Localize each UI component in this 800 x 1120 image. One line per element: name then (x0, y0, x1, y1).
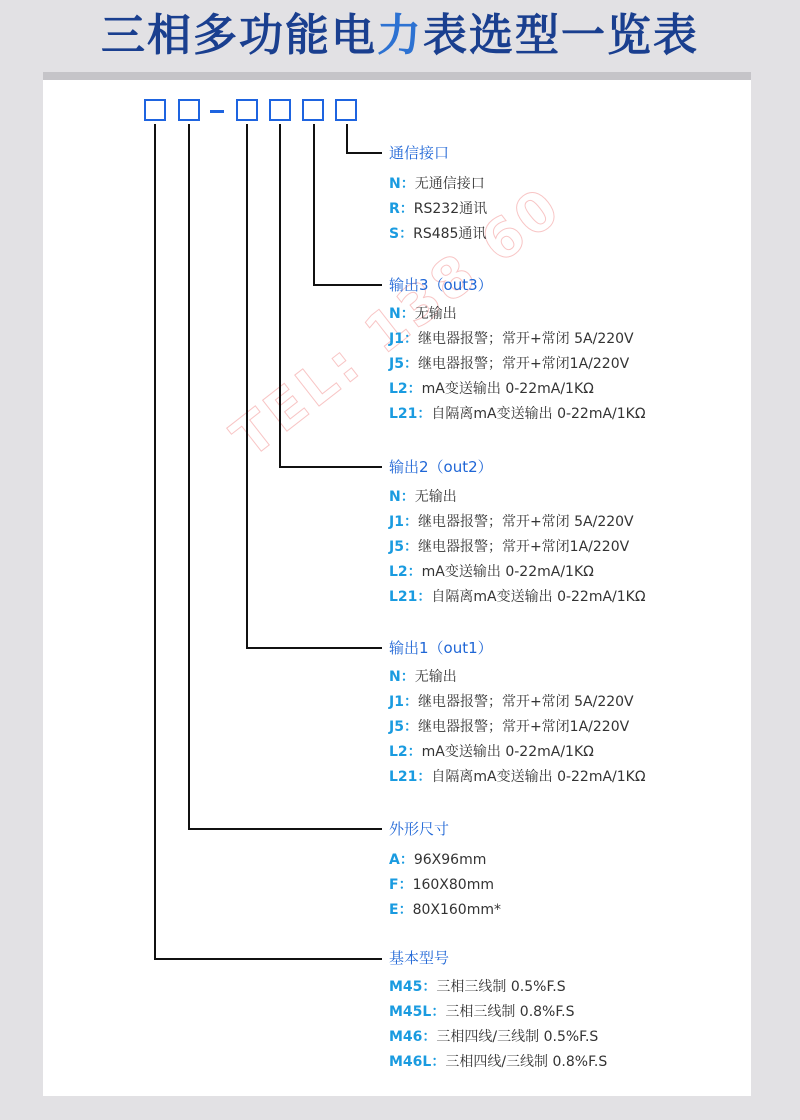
option-code: M45L： (389, 1004, 445, 1020)
connector-out1-vertical (246, 124, 248, 648)
option-row: N：无输出 (389, 487, 457, 507)
section-heading-out1: 输出1（out1） (389, 638, 493, 658)
option-row: M45：三相三线制 0.5%F.S (389, 977, 566, 997)
option-desc: 无输出 (415, 489, 457, 505)
option-code: L2： (389, 381, 422, 397)
option-desc: RS485通讯 (413, 226, 486, 242)
option-row: L21：自隔离mA变送输出 0-22mA/1KΩ (389, 404, 646, 424)
option-row: L2：mA变送输出 0-22mA/1KΩ (389, 379, 594, 399)
option-desc: 三相三线制 0.5%F.S (436, 979, 565, 995)
option-row: J1：继电器报警；常开+常闭 5A/220V (389, 692, 634, 712)
option-row: F：160X80mm (389, 875, 494, 895)
connector-out2-vertical (279, 124, 281, 467)
code-box-out2 (269, 99, 291, 121)
code-box-comm (335, 99, 357, 121)
option-code: J5： (389, 356, 418, 372)
option-row: M46：三相四线/三线制 0.5%F.S (389, 1027, 598, 1047)
option-desc: 继电器报警；常开+常闭1A/220V (418, 356, 629, 372)
option-code: E： (389, 902, 413, 918)
option-desc: RS232通讯 (414, 201, 487, 217)
option-code: J5： (389, 539, 418, 555)
option-row: N：无输出 (389, 667, 457, 687)
connector-out2-horizontal (279, 466, 382, 468)
code-box-size (178, 99, 200, 121)
option-row: R：RS232通讯 (389, 199, 487, 219)
option-row: N：无输出 (389, 304, 457, 324)
option-desc: 继电器报警；常开+常闭1A/220V (418, 539, 629, 555)
title-text-part1: 三相多功能电 (101, 10, 377, 61)
connector-model-horizontal (154, 958, 382, 960)
option-row: L21：自隔离mA变送输出 0-22mA/1KΩ (389, 767, 646, 787)
option-row: L2：mA变送输出 0-22mA/1KΩ (389, 742, 594, 762)
option-desc: mA变送输出 0-22mA/1KΩ (422, 744, 594, 760)
option-desc: 继电器报警；常开+常闭 5A/220V (418, 514, 634, 530)
option-row: S：RS485通讯 (389, 224, 486, 244)
option-row: J1：继电器报警；常开+常闭 5A/220V (389, 329, 634, 349)
section-heading-size: 外形尺寸 (389, 819, 449, 839)
option-code: R： (389, 201, 414, 217)
option-desc: 无输出 (415, 669, 457, 685)
option-code: L2： (389, 744, 422, 760)
option-row: N：无通信接口 (389, 174, 485, 194)
option-desc: 继电器报警；常开+常闭1A/220V (418, 719, 629, 735)
option-code: F： (389, 877, 413, 893)
option-code: L21： (389, 769, 431, 785)
option-desc: 三相四线/三线制 0.5%F.S (436, 1029, 598, 1045)
option-desc: 无通信接口 (415, 176, 485, 192)
option-row: J5：继电器报警；常开+常闭1A/220V (389, 354, 629, 374)
option-desc: 80X160mm* (413, 902, 501, 918)
option-desc: 160X80mm (413, 877, 494, 893)
option-desc: 自隔离mA变送输出 0-22mA/1KΩ (431, 589, 645, 605)
option-desc: 96X96mm (414, 852, 487, 868)
page-title: 三相多功能电力表选型一览表 (0, 8, 800, 64)
connector-size-horizontal (188, 828, 382, 830)
option-desc: 自隔离mA变送输出 0-22mA/1KΩ (431, 769, 645, 785)
card-top-bar (43, 72, 751, 80)
option-desc: 无输出 (415, 306, 457, 322)
section-heading-comm: 通信接口 (389, 143, 449, 163)
option-code: S： (389, 226, 413, 242)
title-text-accent: 力 (377, 10, 423, 61)
section-heading-out2: 输出2（out2） (389, 457, 493, 477)
option-code: J1： (389, 331, 418, 347)
connector-out1-horizontal (246, 647, 382, 649)
option-code: J1： (389, 514, 418, 530)
option-code: J5： (389, 719, 418, 735)
option-code: L2： (389, 564, 422, 580)
option-desc: mA变送输出 0-22mA/1KΩ (422, 381, 594, 397)
option-desc: 三相三线制 0.8%F.S (445, 1004, 574, 1020)
option-row: L21：自隔离mA变送输出 0-22mA/1KΩ (389, 587, 646, 607)
connector-comm-horizontal (346, 152, 382, 154)
option-desc: 三相四线/三线制 0.8%F.S (445, 1054, 607, 1070)
option-code: N： (389, 489, 415, 505)
option-desc: 自隔离mA变送输出 0-22mA/1KΩ (431, 406, 645, 422)
option-code: A： (389, 852, 414, 868)
option-row: E：80X160mm* (389, 900, 501, 920)
connector-size-vertical (188, 124, 190, 829)
option-row: J5：继电器报警；常开+常闭1A/220V (389, 537, 629, 557)
option-code: J1： (389, 694, 418, 710)
connector-comm-vertical (346, 124, 348, 153)
option-code: N： (389, 176, 415, 192)
option-row: M46L：三相四线/三线制 0.8%F.S (389, 1052, 607, 1072)
option-row: J1：继电器报警；常开+常闭 5A/220V (389, 512, 634, 532)
section-heading-out3: 输出3（out3） (389, 275, 493, 295)
option-row: J5：继电器报警；常开+常闭1A/220V (389, 717, 629, 737)
section-heading-model: 基本型号 (389, 948, 449, 968)
option-row: M45L：三相三线制 0.8%F.S (389, 1002, 575, 1022)
option-row: A：96X96mm (389, 850, 486, 870)
connector-out3-horizontal (313, 284, 382, 286)
option-code: M45： (389, 979, 436, 995)
option-code: N： (389, 669, 415, 685)
connector-model-vertical (154, 124, 156, 959)
title-text-part2: 表选型一览表 (423, 10, 699, 61)
code-separator-dash (210, 110, 224, 113)
code-box-out3 (302, 99, 324, 121)
option-desc: 继电器报警；常开+常闭 5A/220V (418, 331, 634, 347)
option-code: M46L： (389, 1054, 445, 1070)
option-desc: 继电器报警；常开+常闭 5A/220V (418, 694, 634, 710)
option-row: L2：mA变送输出 0-22mA/1KΩ (389, 562, 594, 582)
connector-out3-vertical (313, 124, 315, 285)
option-code: N： (389, 306, 415, 322)
option-code: L21： (389, 589, 431, 605)
code-box-base-model (144, 99, 166, 121)
code-box-out1 (236, 99, 258, 121)
option-code: M46： (389, 1029, 436, 1045)
option-desc: mA变送输出 0-22mA/1KΩ (422, 564, 594, 580)
option-code: L21： (389, 406, 431, 422)
